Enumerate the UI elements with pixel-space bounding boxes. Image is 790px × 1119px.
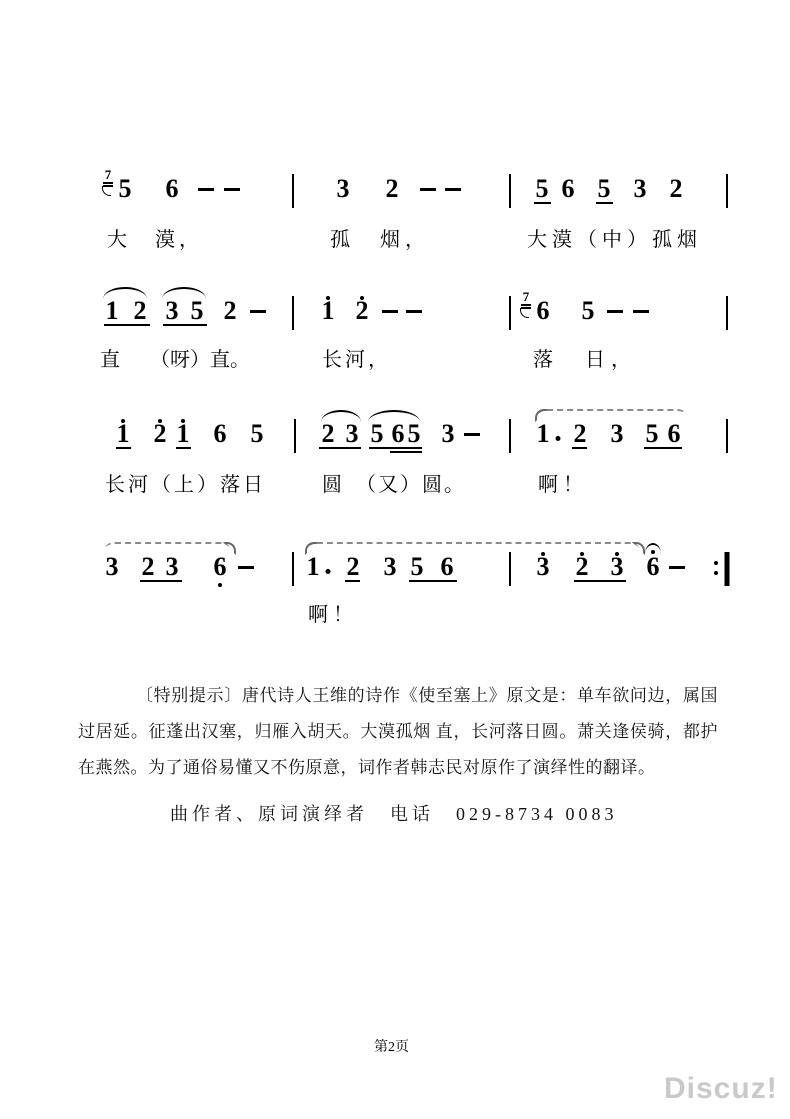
note: 6 (668, 421, 681, 447)
lyric-text: 啊 ！ (538, 473, 583, 497)
octave-dot-high (615, 552, 619, 556)
beam-underline (345, 580, 360, 582)
note: 3 (166, 554, 179, 580)
note: 3 (106, 554, 119, 580)
barline (294, 419, 296, 453)
beam-underline (176, 447, 191, 449)
slur-arc (162, 287, 206, 299)
note: 5 (646, 421, 659, 447)
lyric-text: 直 （呀）直。 (100, 348, 250, 372)
octave-dot-high (326, 296, 330, 300)
note: 2 (134, 298, 147, 324)
duration-dash (633, 310, 649, 313)
tie-hook-left (305, 542, 318, 555)
octave-dot-high (360, 296, 364, 300)
tie-hook-left (535, 409, 548, 422)
lyric-text: 长河（上）落日 (105, 473, 266, 497)
note: 6 (392, 421, 405, 447)
note: 1 (117, 421, 130, 447)
barline (509, 296, 511, 330)
barline (726, 174, 728, 208)
barline (726, 419, 728, 453)
note: 6 (214, 421, 227, 447)
note: 2 (356, 298, 369, 324)
note: 5 (408, 421, 421, 447)
lyric-text: 啊 ！ (308, 603, 353, 627)
duration-dash (406, 310, 422, 313)
duration-dash (464, 433, 480, 436)
barline (509, 174, 511, 208)
notice-paragraph: 〔特别提示〕唐代诗人王维的诗作《使至塞上》原文是：单车欲问边，属国过居延。征蓬出… (78, 678, 718, 786)
note: 3 (442, 421, 455, 447)
tie-dashed (537, 409, 687, 419)
beam-underline (534, 202, 551, 204)
barline (509, 552, 511, 586)
note: 3 (337, 176, 350, 202)
lyric-text: 落 日， (533, 348, 637, 372)
beam-underline (572, 447, 587, 449)
tie-hook-right (223, 542, 236, 555)
octave-dot-high (541, 552, 545, 556)
discuz-watermark: Discuz! (664, 1072, 778, 1106)
lyric-text: 大 漠， (107, 228, 203, 252)
note: 2 (154, 421, 167, 447)
slur-arc (368, 410, 420, 422)
beam-underline (163, 324, 207, 326)
note: 5 (251, 421, 264, 447)
grace-hook (102, 186, 111, 196)
beam-underline (574, 580, 626, 582)
duration-dash (420, 188, 436, 191)
augmentation-dot (556, 436, 561, 441)
barline (292, 552, 294, 586)
slur-arc (103, 287, 147, 299)
beam-underline (596, 202, 613, 204)
note: 3 (384, 554, 397, 580)
note: 5 (582, 298, 595, 324)
note: 2 (142, 554, 155, 580)
grace-note: 7 (105, 168, 112, 181)
note: 6 (166, 176, 179, 202)
note: 6 (537, 298, 550, 324)
grace-hook (520, 308, 529, 318)
credits-line: 曲作者、原词演绎者 电话 029-8734 0083 (170, 800, 618, 826)
note: 5 (191, 298, 204, 324)
beam-underline (390, 451, 422, 453)
lyric-text: 长河， (322, 348, 391, 372)
duration-dash (607, 310, 623, 313)
beam-underline (140, 580, 182, 582)
beam-underline (319, 447, 361, 449)
grace-note: 7 (523, 290, 530, 303)
repeat-end-barline (725, 552, 730, 586)
barline (726, 296, 728, 330)
note: 3 (537, 554, 550, 580)
note: 6 (441, 554, 454, 580)
note: 6 (562, 176, 575, 202)
duration-dash (198, 188, 214, 191)
note: 2 (386, 176, 399, 202)
note: 1 (307, 554, 320, 580)
note: 3 (346, 421, 359, 447)
barline (509, 419, 511, 453)
note: 3 (611, 554, 624, 580)
octave-dot-low (218, 583, 222, 587)
page-number: 第2页 (374, 1036, 409, 1056)
octave-dot-high (181, 419, 185, 423)
beam-underline (116, 447, 131, 449)
beam-underline (369, 447, 422, 449)
lyric-text: 圆 （又）圆。 (322, 473, 466, 497)
lyric-text: 大漠（中）孤烟 (527, 228, 702, 252)
beam-underline (644, 447, 682, 449)
octave-dot-high (158, 419, 162, 423)
note: 6 (647, 554, 660, 580)
octave-dot-high (121, 419, 125, 423)
slur-arc (321, 410, 361, 422)
tie-hook-right (632, 542, 645, 555)
duration-dash (224, 188, 240, 191)
note: 5 (371, 421, 384, 447)
note: 2 (670, 176, 683, 202)
duration-dash (669, 566, 685, 569)
lyric-text: 孤 烟， (330, 228, 430, 252)
beam-underline (104, 324, 150, 326)
octave-dot-high (580, 552, 584, 556)
note: 5 (119, 176, 132, 202)
barline (292, 296, 294, 330)
duration-dash (382, 310, 398, 313)
note: 5 (411, 554, 424, 580)
barline (292, 174, 294, 208)
note: 1 (322, 298, 335, 324)
note: 1 (537, 421, 550, 447)
note: 2 (574, 421, 587, 447)
sheet-music-page: 7563256532大 漠，孤 烟，大漠（中）孤烟1235212765直 （呀）… (0, 0, 790, 1119)
note: 2 (224, 298, 237, 324)
duration-dash (250, 310, 266, 313)
beam-underline (409, 580, 457, 582)
tie-dashed (307, 542, 639, 552)
note: 3 (611, 421, 624, 447)
duration-dash (445, 188, 461, 191)
note: 2 (322, 421, 335, 447)
grace-underline (103, 182, 113, 184)
note: 5 (536, 176, 549, 202)
duration-dash (238, 566, 254, 569)
note: 3 (634, 176, 647, 202)
repeat-dot (714, 571, 718, 575)
note: 5 (598, 176, 611, 202)
note: 2 (576, 554, 589, 580)
note: 6 (214, 554, 227, 580)
repeat-dot (714, 561, 718, 565)
fermata-dot (651, 550, 655, 554)
grace-underline (521, 304, 531, 306)
note: 1 (106, 298, 119, 324)
note: 2 (347, 554, 360, 580)
note: 1 (177, 421, 190, 447)
tie-dashed (105, 542, 230, 552)
note: 3 (166, 298, 179, 324)
music-area: 7563256532大 漠，孤 烟，大漠（中）孤烟1235212765直 （呀）… (0, 0, 790, 660)
augmentation-dot (326, 569, 331, 574)
